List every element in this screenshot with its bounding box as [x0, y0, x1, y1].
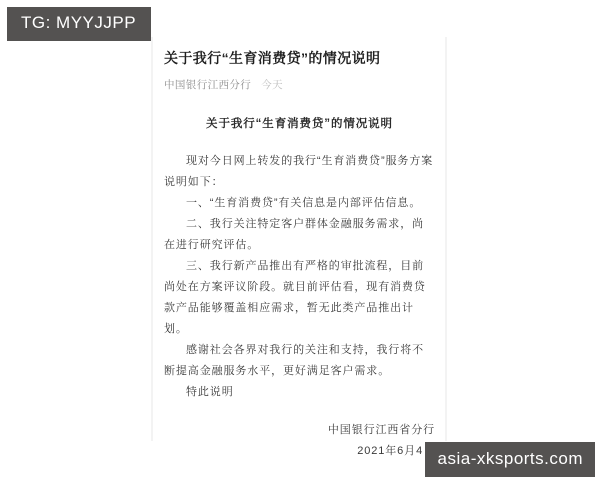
- statement-paragraph: 一、“生育消费贷”有关信息是内部评估信息。: [164, 193, 435, 214]
- watermark-badge-top-left: TG: MYYJJPP: [7, 7, 151, 41]
- watermark-badge-bottom-right: asia-xksports.com: [425, 442, 595, 477]
- signature: 中国银行江西省分行: [164, 420, 435, 441]
- statement-paragraph: 二、我行关注特定客户群体金融服务需求，尚在进行研究评估。: [164, 214, 435, 256]
- publish-date: 2021年6月4日: [164, 441, 435, 462]
- article-body: 关于我行“生育消费贷”的情况说明 现对今日网上转发的我行“生育消费贷”服务方案说…: [164, 114, 435, 462]
- statement-paragraph: 现对今日网上转发的我行“生育消费贷”服务方案说明如下：: [164, 151, 435, 193]
- statement-paragraph: 特此说明: [164, 382, 435, 403]
- statement-heading: 关于我行“生育消费贷”的情况说明: [164, 114, 435, 135]
- publish-time: 今天: [261, 79, 283, 91]
- article-title: 关于我行“生育消费贷”的情况说明: [164, 49, 435, 68]
- byline: 中国银行江西分行今天: [164, 77, 435, 92]
- statement-paragraph: 三、我行新产品推出有严格的审批流程，目前尚处在方案评议阶段。就目前评估看，现有消…: [164, 256, 435, 340]
- account-name-link[interactable]: 中国银行江西分行: [164, 79, 251, 91]
- article-panel: 关于我行“生育消费贷”的情况说明 中国银行江西分行今天 关于我行“生育消费贷”的…: [151, 37, 447, 441]
- statement-paragraph: 感谢社会各界对我行的关注和支持，我行将不断提高金融服务水平，更好满足客户需求。: [164, 340, 435, 382]
